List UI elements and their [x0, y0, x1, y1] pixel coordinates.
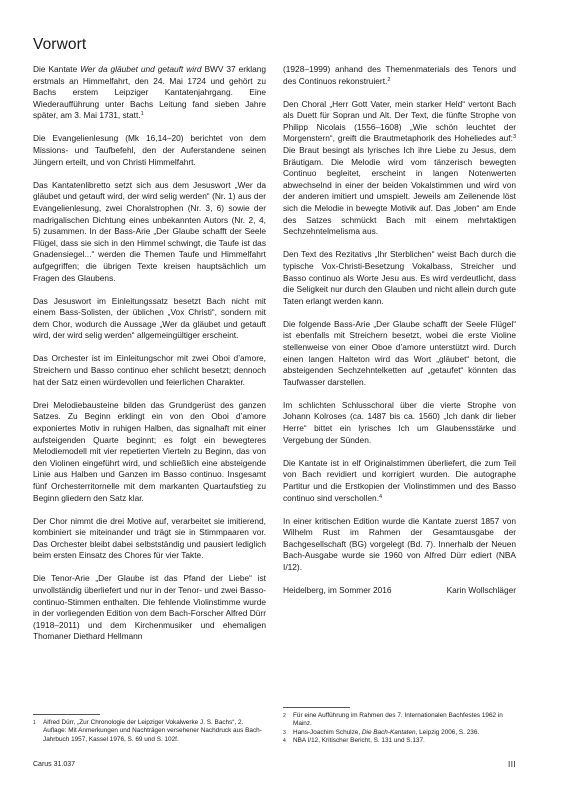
signature-line: Heidelberg, im Sommer 2016 Karin Wollsch…: [283, 585, 516, 597]
paragraph: Die Kantate ist in elf Originalstimmen ü…: [283, 458, 516, 504]
footnotes-right: 2 Für eine Aufführung im Rahmen des 7. I…: [283, 712, 516, 745]
paragraph-text: Die Kantate ist in elf Originalstimmen ü…: [283, 458, 516, 503]
paragraph: Die Kantate Wer da gläubet und getauft w…: [33, 64, 266, 122]
paragraph-text: Die Braut besingt als lyrisches Ich ihre…: [283, 145, 516, 236]
paragraph-text: (1928–1999) anhand des Themenmaterials d…: [283, 64, 516, 86]
footnote-ref-3[interactable]: 3: [513, 134, 516, 140]
paragraph: Die Evangelienlesung (Mk 16,14–20) beric…: [33, 133, 266, 168]
place-date: Heidelberg, im Sommer 2016: [283, 585, 392, 597]
paragraph: (1928–1999) anhand des Themenmaterials d…: [283, 64, 516, 87]
footnote-divider: [283, 707, 350, 708]
paragraph-text: Die Kantate: [33, 64, 80, 74]
page-title: Vorwort: [33, 36, 86, 54]
catalog-number: Carus 31.037: [33, 761, 75, 768]
paragraph: Der Chor nimmt die drei Motive auf, vera…: [33, 516, 266, 562]
footnote-1: 1 Alfred Dürr, „Zur Chronologie der Leip…: [33, 719, 266, 744]
footnote-text: Hans-Joachim Schulze, Die Bach-Kantaten,…: [293, 729, 516, 737]
footnote-text-part: Alfred Dürr, „Zur Chronologie der Leipzi…: [43, 719, 262, 743]
footnote-ref-2[interactable]: 2: [387, 77, 390, 83]
footnote-number: 3: [283, 729, 293, 737]
footnote-text-part: , Leipzig 2006, S. 236.: [416, 729, 480, 736]
work-title-italic: Wer da gläubet und getauft wird: [80, 64, 201, 74]
book-title-italic: Die Bach-Kantaten: [362, 729, 416, 736]
footnotes-left: 1 Alfred Dürr, „Zur Chronologie der Leip…: [33, 719, 266, 744]
paragraph: Das Kantatenlibretto setzt sich aus dem …: [33, 180, 266, 284]
footnote-divider: [33, 714, 100, 715]
footnote-3: 3 Hans-Joachim Schulze, Die Bach-Kantate…: [283, 729, 516, 737]
footnote-text-part: Hans-Joachim Schulze,: [293, 729, 362, 736]
footnote-number: 1: [33, 719, 43, 744]
left-text-column: Die Kantate Wer da gläubet und getauft w…: [33, 64, 266, 655]
paragraph: Den Choral „Herr Gott Vater, mein starke…: [283, 99, 516, 238]
paragraph: Das Jesuswort im Einleitungssatz besetzt…: [33, 296, 266, 342]
author-name: Karin Wollschläger: [447, 585, 516, 597]
footnote-text: Alfred Dürr, „Zur Chronologie der Leipzi…: [43, 719, 266, 744]
paragraph: Im schlichten Schlusschoral über die vie…: [283, 400, 516, 446]
page-number: III: [508, 760, 516, 769]
paragraph: Das Orchester ist im Einleitungschor mit…: [33, 353, 266, 388]
footnote-ref-4[interactable]: 4: [379, 494, 382, 500]
paragraph-text: Den Choral „Herr Gott Vater, mein starke…: [283, 99, 516, 144]
paragraph: In einer kritischen Edition wurde die Ka…: [283, 516, 516, 574]
footnote-4: 4 NBA I/12, Kritischer Bericht, S. 131 u…: [283, 737, 516, 745]
footnote-ref-1[interactable]: 1: [141, 111, 144, 117]
footnote-number: 4: [283, 737, 293, 745]
paragraph: Drei Melodiebausteine bilden das Grundge…: [33, 400, 266, 504]
footnote-text: NBA I/12, Kritischer Bericht, S. 131 und…: [293, 737, 516, 745]
paragraph: Die Tenor-Arie „Der Glaube ist das Pfand…: [33, 573, 266, 643]
footnote-text: Für eine Aufführung im Rahmen des 7. Int…: [293, 712, 516, 729]
right-text-column: (1928–1999) anhand des Themenmaterials d…: [283, 64, 516, 597]
paragraph: Die folgende Bass-Arie „Der Glaube schaf…: [283, 319, 516, 389]
footnote-number: 2: [283, 712, 293, 729]
paragraph: Den Text des Rezitativs „Ihr Sterblichen…: [283, 249, 516, 307]
footnote-2: 2 Für eine Aufführung im Rahmen des 7. I…: [283, 712, 516, 729]
